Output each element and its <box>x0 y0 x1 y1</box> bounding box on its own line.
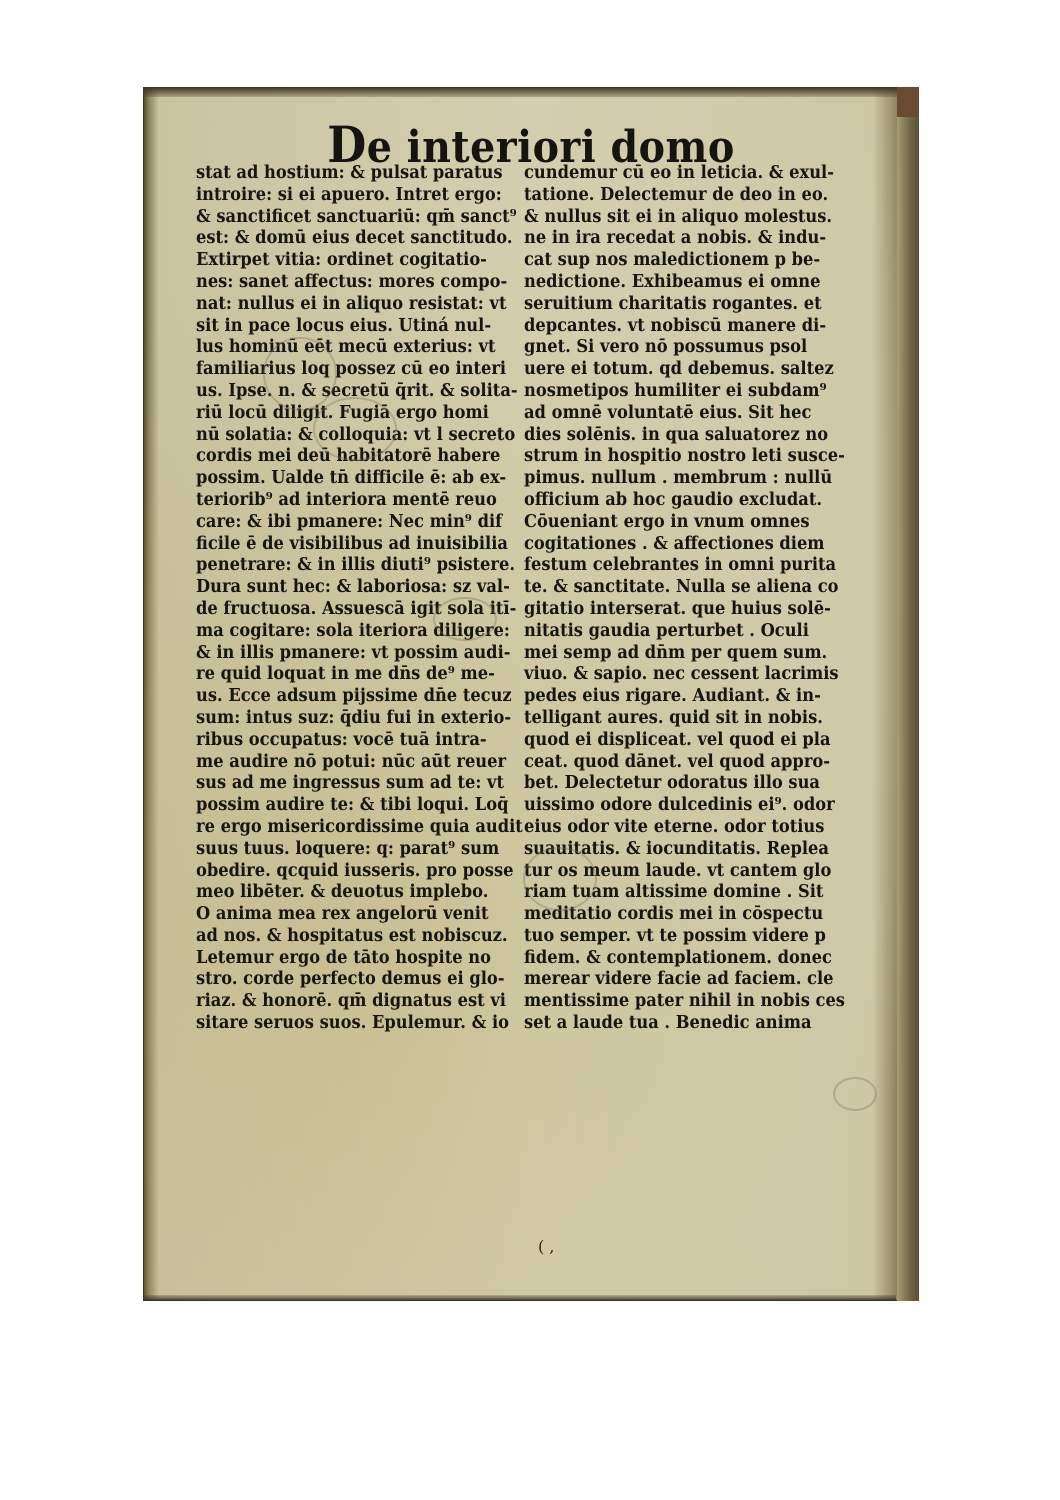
text-line: Extirpet vitia: ordinet cogitatio- <box>196 250 508 272</box>
text-line: penetrare: & in illis diuti⁹ psistere. <box>196 555 508 577</box>
text-line: suauitatis. & iocunditatis. Replea <box>524 839 850 861</box>
text-line: riam tuam altissime domine . Sit <box>524 882 850 904</box>
text-line: ceat. quod dānet. vel quod appro- <box>524 752 850 774</box>
page-top-edge <box>143 87 919 97</box>
bottom-mark: ( , <box>538 1237 554 1256</box>
text-line: est: & domū eius decet sanctitudo. <box>196 228 508 250</box>
text-line: tuo semper. vt te possim videre p <box>524 926 850 948</box>
text-line: & in illis pmanere: vt possim audi- <box>196 643 508 665</box>
text-line: re quid loquat in me dn̄s de⁹ me- <box>196 664 508 686</box>
text-line: ficile ē de visibilibus ad inuisibilia <box>196 534 508 556</box>
watermark-ornament <box>833 1077 877 1111</box>
text-line: mentissime pater nihil in nobis ces <box>524 991 850 1013</box>
text-line: cordis mei deū habitatorē habere <box>196 446 508 468</box>
text-line: nedictione. Exhibeamus ei omne <box>524 272 850 294</box>
text-line: stat ad hostium: & pulsat paratus <box>196 163 508 185</box>
text-line: me audire nō potui: nūc aūt reuer <box>196 752 508 774</box>
text-line: possim. Ualde tn̄ difficile ē: ab ex- <box>196 468 508 490</box>
text-line: meditatio cordis mei in cōspectu <box>524 904 850 926</box>
text-line: cogitationes . & affectiones diem <box>524 534 850 556</box>
text-line: strum in hospitio nostro leti susce- <box>524 446 850 468</box>
text-line: uere ei totum. qd debemus. saltez <box>524 359 850 381</box>
text-line: Cōueniant ergo in vnum omnes <box>524 512 850 534</box>
text-line: & sanctificet sanctuariū: qm̄ sanct⁹ <box>196 207 508 229</box>
text-line: meo libēter. & deuotus implebo. <box>196 882 508 904</box>
text-line: depcantes. vt nobiscū manere di- <box>524 316 850 338</box>
text-line: lus hominū eēt mecū exterius: vt <box>196 337 508 359</box>
text-line: ad omnē voluntatē eius. Sit hec <box>524 403 850 425</box>
text-line: riū locū diligit. Fugiā ergo homi <box>196 403 508 425</box>
text-line: eius odor vite eterne. odor totius <box>524 817 850 839</box>
text-line: uissimo odore dulcedinis ei⁹. odor <box>524 795 850 817</box>
page-bottom-edge <box>143 1295 896 1301</box>
text-line: & nullus sit ei in aliquo molestus. <box>524 207 850 229</box>
text-line: telligant aures. quid sit in nobis. <box>524 708 850 730</box>
text-line: nes: sanet affectus: mores compo- <box>196 272 508 294</box>
right-text-column: cundemur cū eo in leticia. & exul-tation… <box>524 163 874 1035</box>
text-line: sit in pace locus eius. Utiná nul- <box>196 316 508 338</box>
text-line: sum: intus suz: q̄diu fui in exterio- <box>196 708 508 730</box>
text-line: tur os meum laude. vt cantem glo <box>524 861 850 883</box>
text-line: sitare seruos suos. Epulemur. & io <box>196 1013 508 1035</box>
text-line: Letemur ergo de tāto hospite no <box>196 948 508 970</box>
text-line: nū solatia: & colloquia: vt l secreto <box>196 425 508 447</box>
text-line: us. Ipse. n. & secretū q̄rit. & solita- <box>196 381 508 403</box>
text-line: nat: nullus ei in aliquo resistat: vt <box>196 294 508 316</box>
text-line: gitatio interserat. que huius solē- <box>524 599 850 621</box>
text-line: Dura sunt hec: & laboriosa: sz val- <box>196 577 508 599</box>
text-line: cat sup nos maledictionem p be- <box>524 250 850 272</box>
text-line: te. & sanctitate. Nulla se aliena co <box>524 577 850 599</box>
text-line: sus ad me ingressus sum ad te: vt <box>196 773 508 795</box>
text-line: viuo. & sapio. nec cessent lacrimis <box>524 664 850 686</box>
binding-edge-top <box>897 87 919 117</box>
binding-edge <box>897 87 919 1301</box>
text-line: de fructuosa. Assuescā igit sola itī- <box>196 599 508 621</box>
text-line: pimus. nullum . membrum : nullū <box>524 468 850 490</box>
text-line: ad nos. & hospitatus est nobiscuz. <box>196 926 508 948</box>
text-line: cundemur cū eo in leticia. & exul- <box>524 163 850 185</box>
text-line: care: & ibi pmanere: Nec min⁹ dif <box>196 512 508 534</box>
manuscript-page-scan: De interiori domo stat ad hostium: & pul… <box>143 87 919 1301</box>
text-line: pedes eius rigare. Audiant. & in- <box>524 686 850 708</box>
text-line: riaz. & honorē. qm̄ dignatus est vi <box>196 991 508 1013</box>
text-line: merear videre facie ad faciem. cle <box>524 969 850 991</box>
text-line: us. Ecce adsum pijssime dn̄e tecuz <box>196 686 508 708</box>
left-text-column: stat ad hostium: & pulsat paratusintroir… <box>196 163 531 1035</box>
text-line: stro. corde perfecto demus ei glo- <box>196 969 508 991</box>
text-line: familiarius loq possez cū eo interi <box>196 359 508 381</box>
text-line: ribus occupatus: vocē tuā intra- <box>196 730 508 752</box>
text-line: possim audire te: & tibi loqui. Loq̄ <box>196 795 508 817</box>
text-line: set a laude tua . Benedic anima <box>524 1013 850 1035</box>
text-line: fidem. & contemplationem. donec <box>524 948 850 970</box>
text-line: dies solēnis. in qua saluatorez no <box>524 425 850 447</box>
text-line: gnet. Si vero nō possumus psol <box>524 337 850 359</box>
text-line: nitatis gaudia perturbet . Oculi <box>524 621 850 643</box>
text-line: O anima mea rex angelorū venit <box>196 904 508 926</box>
text-line: seruitium charitatis rogantes. et <box>524 294 850 316</box>
text-line: bet. Delectetur odoratus illo sua <box>524 773 850 795</box>
text-line: teriorib⁹ ad interiora mentē reuo <box>196 490 508 512</box>
text-line: introire: si ei apuero. Intret ergo: <box>196 185 508 207</box>
text-line: ne in ira recedat a nobis. & indu- <box>524 228 850 250</box>
text-line: nosmetipos humiliter ei subdam⁹ <box>524 381 850 403</box>
text-line: tatione. Delectemur de deo in eo. <box>524 185 850 207</box>
text-line: mei semp ad dn̄m per quem sum. <box>524 643 850 665</box>
text-line: re ergo misericordissime quia audit <box>196 817 508 839</box>
text-line: officium ab hoc gaudio excludat. <box>524 490 850 512</box>
text-line: festum celebrantes in omni purita <box>524 555 850 577</box>
text-line: obedire. qcquid iusseris. pro posse <box>196 861 508 883</box>
text-line: suus tuus. loquere: q: parat⁹ sum <box>196 839 508 861</box>
text-line: ma cogitare: sola iteriora diligere: <box>196 621 508 643</box>
text-line: quod ei displiceat. vel quod ei pla <box>524 730 850 752</box>
